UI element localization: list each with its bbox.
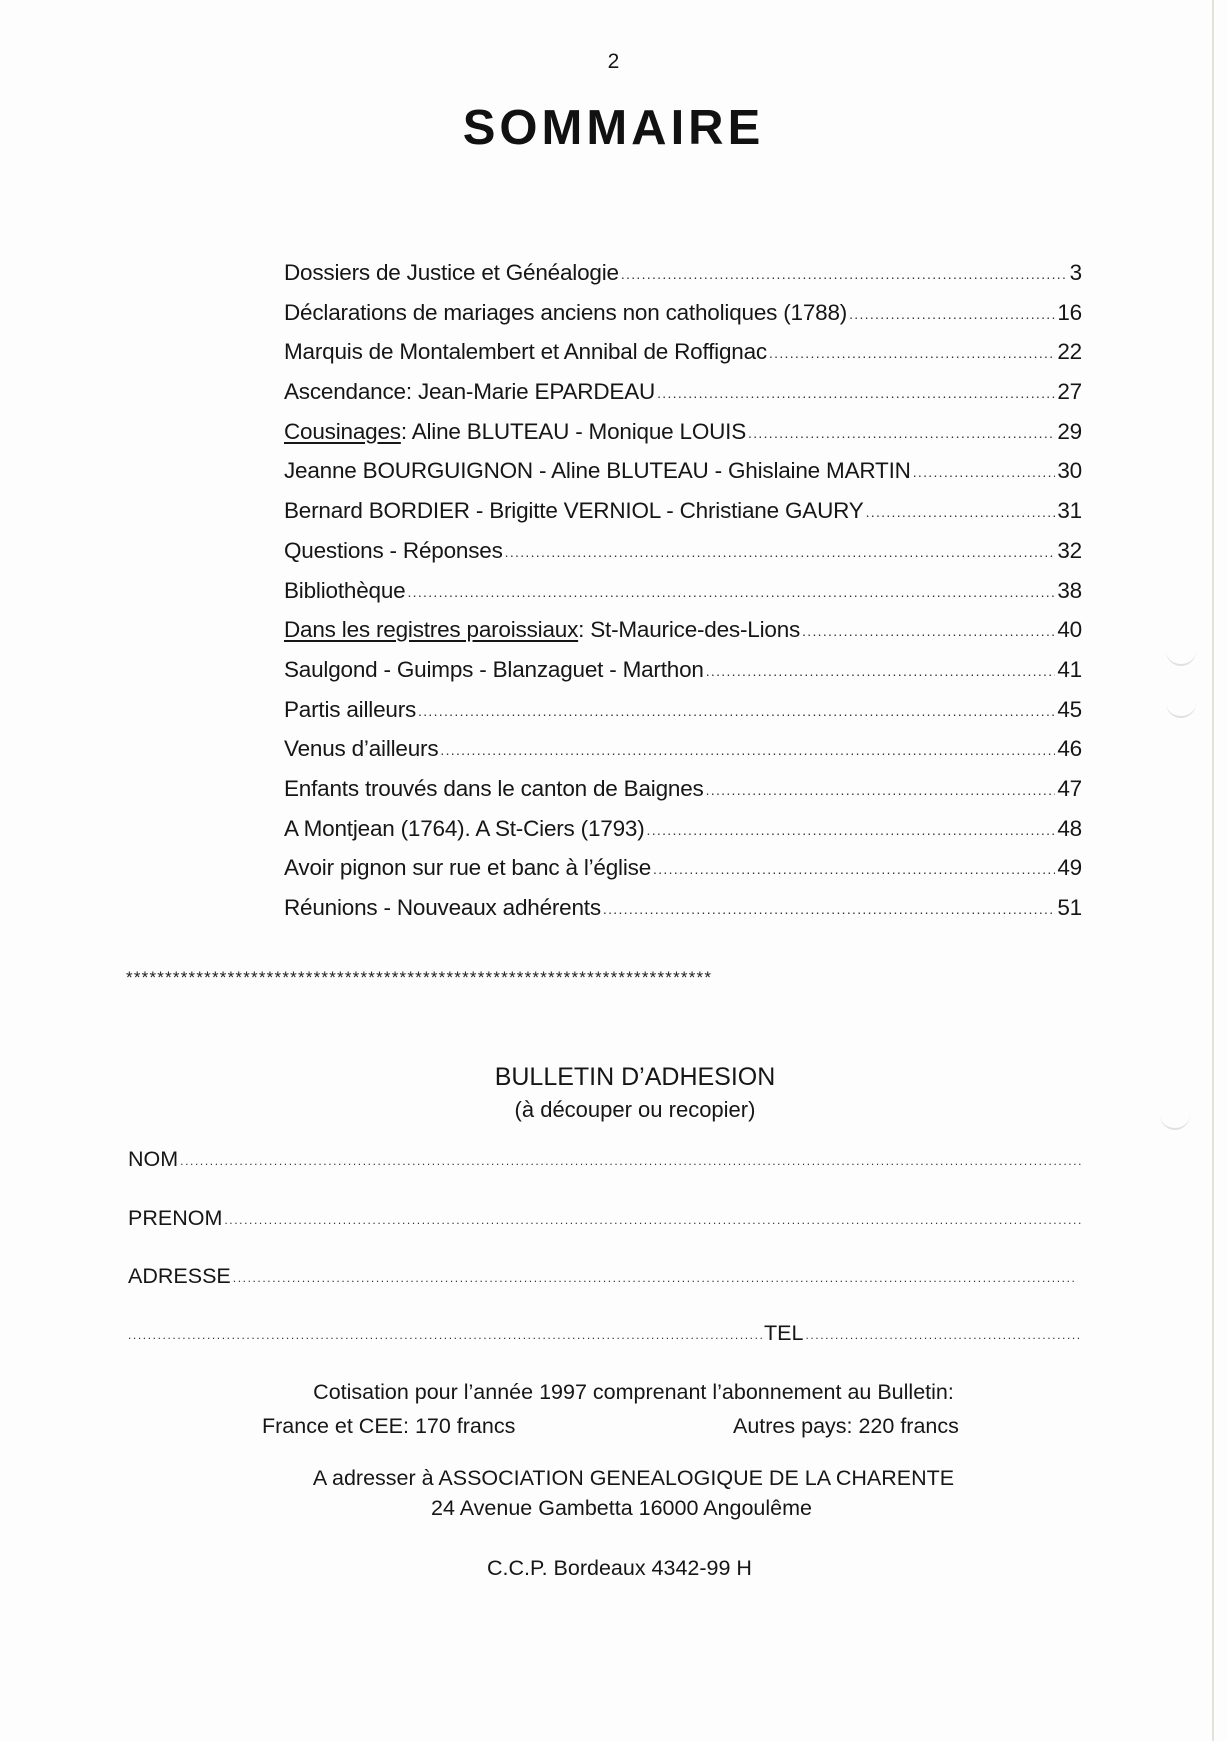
cotisation-text: Cotisation pour l’année 1997 comprenant … [20, 1380, 1227, 1405]
toc-entry-page: 27 [1057, 377, 1082, 407]
toc-leader-dots [748, 418, 1055, 448]
toc-leader-dots [706, 656, 1056, 686]
toc-entry-page: 29 [1057, 417, 1082, 447]
toc-entry-page: 48 [1057, 814, 1082, 844]
form-field-adresse-tel[interactable]: TEL [128, 1321, 1081, 1346]
toc-entry-page: 41 [1057, 655, 1082, 685]
toc-entry-title: Cousinages: Aline BLUTEAU - Monique LOUI… [284, 417, 746, 447]
toc-entry-title: Enfants trouvés dans le canton de Baigne… [284, 774, 704, 804]
form-field-adresse[interactable]: ADRESSE [128, 1264, 1075, 1289]
toc-entry[interactable]: Venus d’ailleurs46 [284, 734, 1082, 774]
toc-entry-page: 45 [1057, 695, 1082, 725]
toc-entry-text: Déclarations de mariages anciens non cat… [284, 300, 847, 325]
adresser-line: A adresser à ASSOCIATION GENEALOGIQUE DE… [20, 1466, 1227, 1491]
toc-entry[interactable]: A Montjean (1764). A St-Ciers (1793)48 [284, 814, 1082, 854]
tel-fill-line[interactable] [805, 1328, 1081, 1342]
page-number: 2 [0, 50, 1227, 74]
toc-entry[interactable]: Enfants trouvés dans le canton de Baigne… [284, 774, 1082, 814]
tel-label: TEL [764, 1321, 803, 1346]
toc-leader-dots [407, 577, 1055, 607]
toc-entry-page: 16 [1057, 298, 1082, 328]
toc-entry-page: 51 [1057, 893, 1082, 923]
toc-entry-title: Avoir pignon sur rue et banc à l’église [284, 853, 651, 883]
toc-leader-dots [657, 378, 1055, 408]
adresse-continuation-fill-line[interactable] [128, 1328, 764, 1342]
toc-entry-title: Ascendance: Jean-Marie EPARDEAU [284, 377, 655, 407]
toc-entry-page: 38 [1057, 576, 1082, 606]
toc-leader-dots [603, 894, 1055, 924]
toc-leader-dots [866, 497, 1056, 527]
toc-entry-page: 30 [1057, 456, 1082, 486]
nom-fill-line[interactable] [180, 1154, 1081, 1168]
toc-entry[interactable]: Jeanne BOURGUIGNON - Aline BLUTEAU - Ghi… [284, 456, 1082, 496]
toc-entry-text: Dossiers de Justice et Généalogie [284, 260, 619, 285]
punch-hole-mark [1166, 700, 1196, 718]
punch-hole-mark [1166, 648, 1196, 666]
toc-entry[interactable]: Marquis de Montalembert et Annibal de Ro… [284, 337, 1082, 377]
toc-leader-dots [913, 457, 1056, 487]
toc-entry-page: 40 [1057, 615, 1082, 645]
toc-entry-title: Marquis de Montalembert et Annibal de Ro… [284, 337, 767, 367]
toc-entry[interactable]: Partis ailleurs45 [284, 695, 1082, 735]
prenom-fill-line[interactable] [224, 1213, 1081, 1227]
toc-leader-dots [440, 735, 1055, 765]
toc-leader-dots [418, 696, 1055, 726]
toc-entry-page: 47 [1057, 774, 1082, 804]
toc-entry[interactable]: Cousinages: Aline BLUTEAU - Monique LOUI… [284, 417, 1082, 457]
toc-entry-text: Bernard BORDIER - Brigitte VERNIOL - Chr… [284, 498, 864, 523]
toc-entry[interactable]: Ascendance: Jean-Marie EPARDEAU27 [284, 377, 1082, 417]
toc-entry-title: Bernard BORDIER - Brigitte VERNIOL - Chr… [284, 496, 864, 526]
separator-stars: ****************************************… [126, 968, 1066, 988]
ccp-number: C.C.P. Bordeaux 4342-99 H [6, 1556, 1227, 1581]
toc-entry[interactable]: Bibliothèque38 [284, 576, 1082, 616]
toc-entry-page: 49 [1057, 853, 1082, 883]
toc-entry-text: Enfants trouvés dans le canton de Baigne… [284, 776, 704, 801]
tarif-autres-pays: Autres pays: 220 francs [733, 1414, 959, 1439]
bulletin-subtitle: (à découper ou recopier) [0, 1097, 1227, 1123]
toc-entry-text: Saulgond - Guimps - Blanzaguet - Marthon [284, 657, 704, 682]
toc-entry-text: Partis ailleurs [284, 697, 416, 722]
toc-entry-page: 3 [1070, 258, 1082, 288]
toc-entry-title: Venus d’ailleurs [284, 734, 438, 764]
toc-entry-text: Réunions - Nouveaux adhérents [284, 895, 601, 920]
toc-entry-text: A Montjean (1764). A St-Ciers (1793) [284, 816, 645, 841]
toc-entry-title: Bibliothèque [284, 576, 405, 606]
nom-label: NOM [128, 1147, 178, 1172]
toc-entry-text: Avoir pignon sur rue et banc à l’église [284, 855, 651, 880]
adresse-label: ADRESSE [128, 1264, 231, 1289]
toc-entry-title: Dossiers de Justice et Généalogie [284, 258, 619, 288]
toc-entry-text: Bibliothèque [284, 578, 405, 603]
toc-entry-title: Questions - Réponses [284, 536, 503, 566]
toc-leader-dots [505, 537, 1056, 567]
toc-leader-dots [706, 775, 1056, 805]
toc-entry[interactable]: Bernard BORDIER - Brigitte VERNIOL - Chr… [284, 496, 1082, 536]
toc-entry-title: A Montjean (1764). A St-Ciers (1793) [284, 814, 645, 844]
toc-entry-page: 32 [1057, 536, 1082, 566]
toc-entry-title: Dans les registres paroissiaux: St-Mauri… [284, 615, 800, 645]
toc-entry[interactable]: Dossiers de Justice et Généalogie3 [284, 258, 1082, 298]
toc-entry-title: Réunions - Nouveaux adhérents [284, 893, 601, 923]
toc-entry[interactable]: Dans les registres paroissiaux: St-Mauri… [284, 615, 1082, 655]
toc-entry-page: 31 [1057, 496, 1082, 526]
toc-entry-page: 22 [1057, 337, 1082, 367]
toc-leader-dots [647, 815, 1056, 845]
toc-entry-title: Jeanne BOURGUIGNON - Aline BLUTEAU - Ghi… [284, 456, 911, 486]
toc-leader-dots [802, 616, 1055, 646]
toc-leader-dots [849, 299, 1055, 329]
toc-entry-section-label: Cousinages [284, 419, 401, 444]
prenom-label: PRENOM [128, 1206, 222, 1231]
toc-entry-text: Marquis de Montalembert et Annibal de Ro… [284, 339, 767, 364]
table-of-contents: Dossiers de Justice et Généalogie3Déclar… [284, 258, 1082, 933]
toc-entry[interactable]: Saulgond - Guimps - Blanzaguet - Marthon… [284, 655, 1082, 695]
form-field-prenom[interactable]: PRENOM [128, 1206, 1081, 1231]
form-field-nom[interactable]: NOM [128, 1147, 1081, 1172]
toc-entry-text: Ascendance: Jean-Marie EPARDEAU [284, 379, 655, 404]
toc-entry-title: Partis ailleurs [284, 695, 416, 725]
postal-address: 24 Avenue Gambetta 16000 Angoulême [8, 1496, 1227, 1521]
toc-leader-dots [621, 259, 1068, 289]
toc-entry-title: Saulgond - Guimps - Blanzaguet - Marthon [284, 655, 704, 685]
toc-entry-text: Venus d’ailleurs [284, 736, 438, 761]
adresse-fill-line[interactable] [233, 1271, 1075, 1285]
toc-entry[interactable]: Questions - Réponses32 [284, 536, 1082, 576]
tarif-france: France et CEE: 170 francs [262, 1414, 515, 1439]
toc-entry-text: : St-Maurice-des-Lions [578, 617, 800, 642]
toc-entry[interactable]: Avoir pignon sur rue et banc à l’église4… [284, 853, 1082, 893]
bulletin-title: BULLETIN D’ADHESION [0, 1063, 1227, 1092]
toc-entry-page: 46 [1057, 734, 1082, 764]
toc-leader-dots [653, 854, 1055, 884]
toc-entry-text: Questions - Réponses [284, 538, 503, 563]
page-title: SOMMAIRE [0, 100, 1227, 156]
toc-entry-text: : Aline BLUTEAU - Monique LOUIS [401, 419, 746, 444]
toc-entry-section-label: Dans les registres paroissiaux [284, 617, 578, 642]
toc-leader-dots [769, 338, 1055, 368]
toc-entry-text: Jeanne BOURGUIGNON - Aline BLUTEAU - Ghi… [284, 458, 911, 483]
toc-entry-title: Déclarations de mariages anciens non cat… [284, 298, 847, 328]
toc-entry[interactable]: Déclarations de mariages anciens non cat… [284, 298, 1082, 338]
toc-entry[interactable]: Réunions - Nouveaux adhérents51 [284, 893, 1082, 933]
